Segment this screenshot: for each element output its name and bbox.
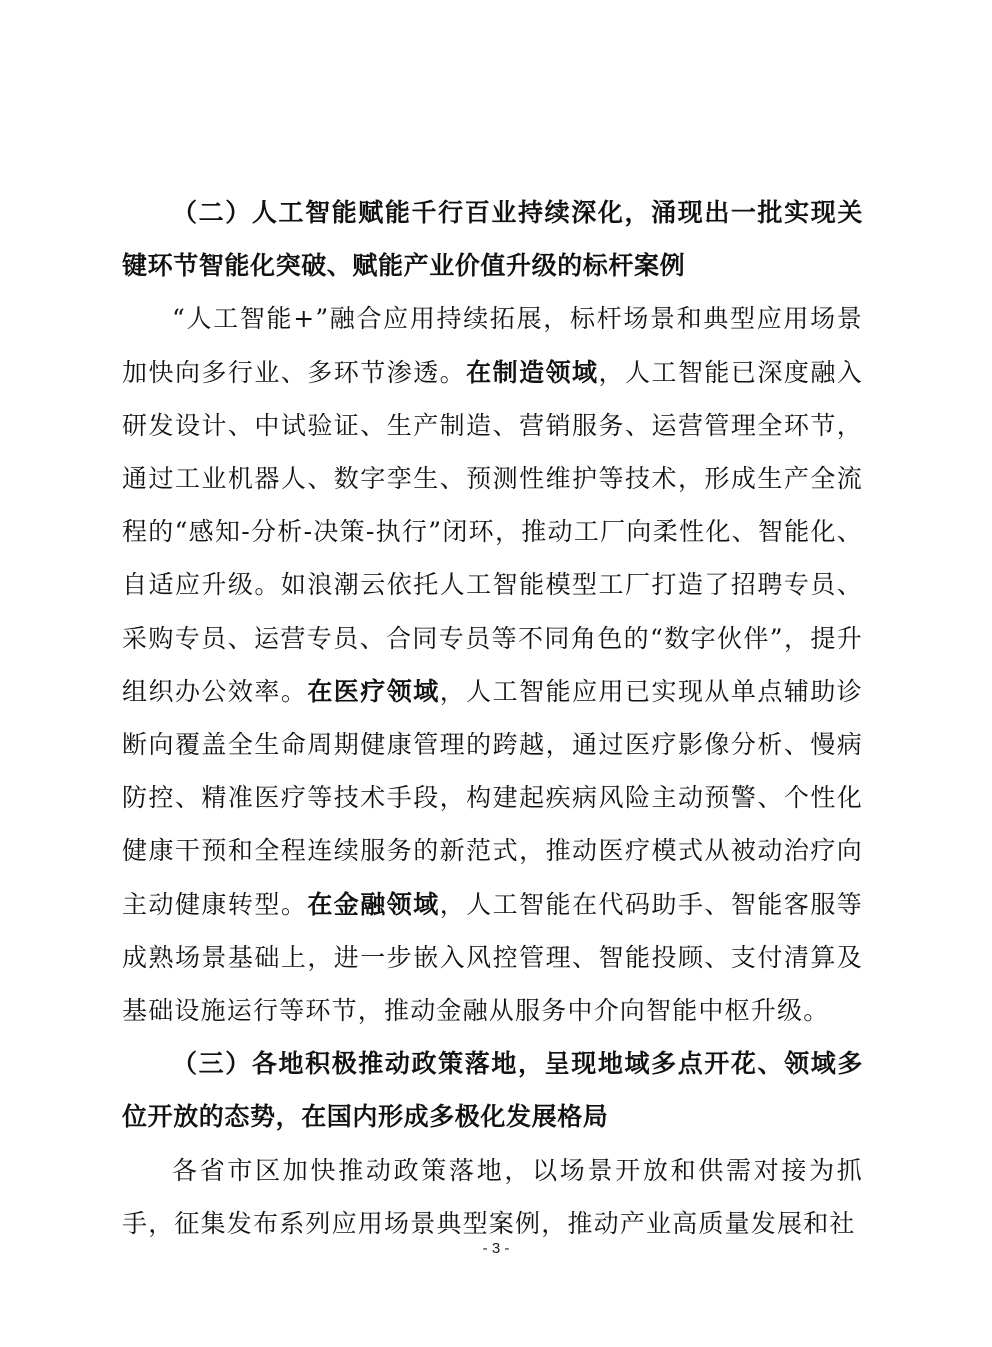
paragraph-ai-applications: “人工智能+”融合应用持续拓展，标杆场景和典型应用场景加快向多行业、多环节渗透。… [122,292,863,1037]
paragraph-text: 各省市区加快推动政策落地，以场景开放和供需对接为抓手，征集发布系列应用场景典型案… [122,1156,863,1238]
page-number: - 3 - [0,1240,992,1257]
emphasis-finance: 在金融领域 [307,890,439,919]
emphasis-manufacturing: 在制造领域 [466,358,598,387]
document-body: （二）人工智能赋能千行百业持续深化，涌现出一批实现关键环节智能化突破、赋能产业价… [122,186,863,1250]
paragraph-text: ，人工智能已深度融入研发设计、中试验证、生产制造、营销服务、运营管理全环节，通过… [122,358,863,706]
section-heading-3: （三）各地积极推动政策落地，呈现地域多点开花、领域多位开放的态势，在国内形成多极… [122,1037,863,1143]
paragraph-regional-policy: 各省市区加快推动政策落地，以场景开放和供需对接为抓手，征集发布系列应用场景典型案… [122,1144,863,1250]
paragraph-text: ，人工智能应用已实现从单点辅助诊断向覆盖全生命周期健康管理的跨越，通过医疗影像分… [122,677,863,919]
section-heading-2: （二）人工智能赋能千行百业持续深化，涌现出一批实现关键环节智能化突破、赋能产业价… [122,186,863,292]
document-page: （二）人工智能赋能千行百业持续深化，涌现出一批实现关键环节智能化突破、赋能产业价… [0,0,992,1347]
emphasis-healthcare: 在医疗领域 [307,677,439,706]
